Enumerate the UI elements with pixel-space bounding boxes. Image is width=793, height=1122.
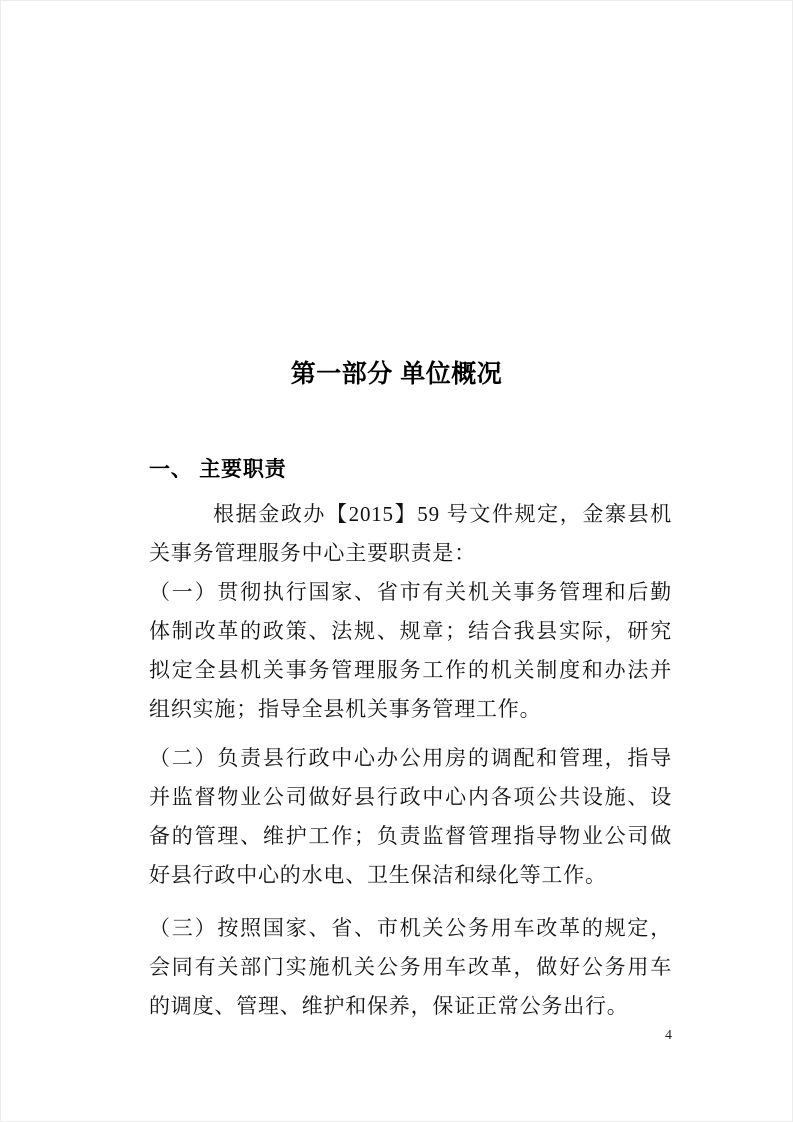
document-body: 一、 主要职责 根据金政办【2015】59 号文件规定，金寨县机关事务管理服务中… <box>1 455 792 1026</box>
page-title: 第一部分 单位概况 <box>1 357 792 391</box>
paragraph-item-1: （一）贯彻执行国家、省市有关机关事务管理和后勤体制改革的政策、法规、规章；结合我… <box>149 573 672 729</box>
paragraph-item-2: （二）负责县行政中心办公用房的调配和管理，指导并监督物业公司做好县行政中心内各项… <box>149 739 672 895</box>
paragraph-item-3: （三）按照国家、省、市机关公务用车改革的规定，会同有关部门实施机关公务用车改革，… <box>149 909 672 1026</box>
document-page: 第一部分 单位概况 一、 主要职责 根据金政办【2015】59 号文件规定，金寨… <box>0 0 793 1122</box>
section-heading: 一、 主要职责 <box>149 455 672 485</box>
paragraph-intro: 根据金政办【2015】59 号文件规定，金寨县机关事务管理服务中心主要职责是： <box>149 495 672 573</box>
page-number: 4 <box>665 1027 672 1045</box>
